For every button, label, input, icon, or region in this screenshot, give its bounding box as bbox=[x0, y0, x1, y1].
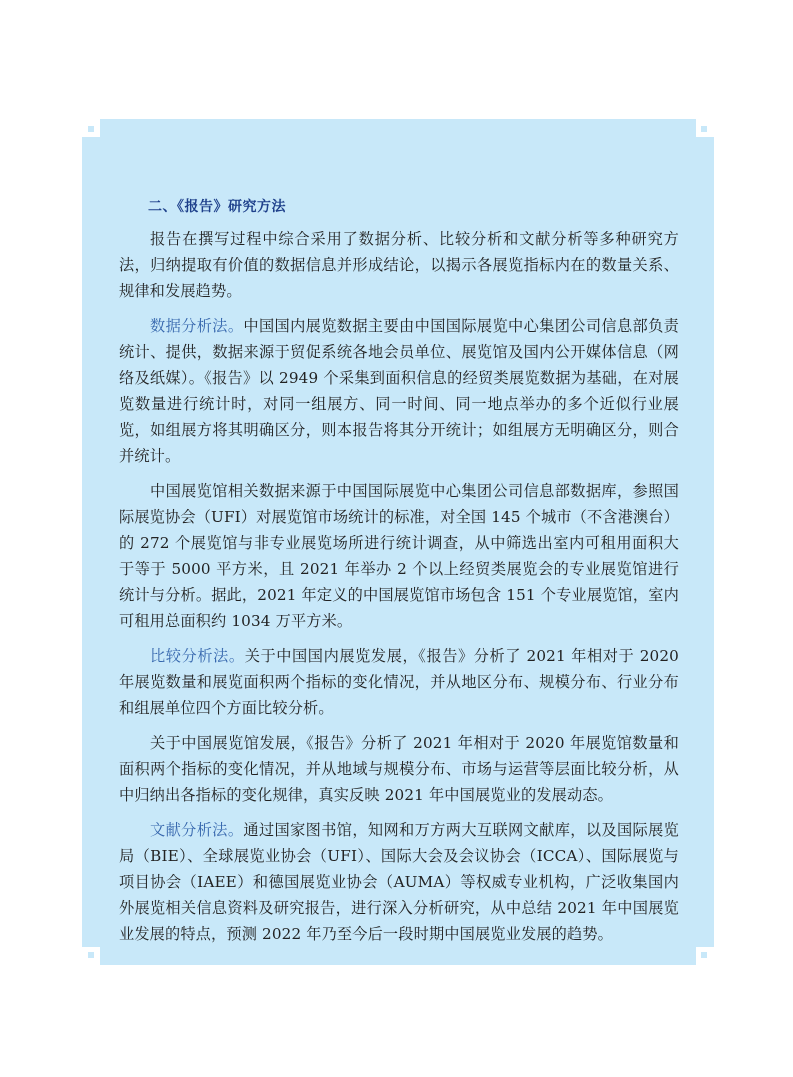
paragraph-text: 通过国家图书馆，知网和万方两大互联网文献库，以及国际展览局（BIE）、全球展览业… bbox=[119, 821, 679, 943]
paragraph-text: 中国展览馆相关数据来源于中国国际展览中心集团公司信息部数据库，参照国际展览协会（… bbox=[119, 482, 679, 630]
paragraph-text: 中国国内展览数据主要由中国国际展览中心集团公司信息部负责统计、提供，数据来源于贸… bbox=[119, 317, 679, 465]
method-term: 比较分析法。 bbox=[150, 647, 245, 665]
corner-square-bottom-left bbox=[88, 952, 94, 958]
paragraph-text: 报告在撰写过程中综合采用了数据分析、比较分析和文献分析等多种研究方法，归纳提取有… bbox=[119, 230, 679, 300]
paragraph-data-analysis: 数据分析法。中国国内展览数据主要由中国国际展览中心集团公司信息部负责统计、提供，… bbox=[119, 313, 679, 469]
section-heading: 二、《报告》研究方法 bbox=[148, 196, 679, 216]
box-top-band bbox=[100, 119, 696, 139]
section-content: 二、《报告》研究方法 报告在撰写过程中综合采用了数据分析、比较分析和文献分析等多… bbox=[119, 196, 679, 956]
paragraph-venue-data: 中国展览馆相关数据来源于中国国际展览中心集团公司信息部数据库，参照国际展览协会（… bbox=[119, 478, 679, 634]
corner-square-bottom-right bbox=[701, 952, 707, 958]
paragraph-comparative-analysis: 比较分析法。关于中国国内展览发展，《报告》分析了 2021 年相对于 2020 … bbox=[119, 643, 679, 721]
paragraph-intro: 报告在撰写过程中综合采用了数据分析、比较分析和文献分析等多种研究方法，归纳提取有… bbox=[119, 226, 679, 304]
paragraph-literature-analysis: 文献分析法。通过国家图书馆，知网和万方两大互联网文献库，以及国际展览局（BIE）… bbox=[119, 817, 679, 947]
paragraph-venue-development: 关于中国展览馆发展，《报告》分析了 2021 年相对于 2020 年展览馆数量和… bbox=[119, 730, 679, 808]
corner-square-top-left bbox=[88, 126, 94, 132]
paragraph-text: 关于中国展览馆发展，《报告》分析了 2021 年相对于 2020 年展览馆数量和… bbox=[119, 734, 679, 804]
method-term: 文献分析法。 bbox=[150, 821, 243, 839]
method-term: 数据分析法。 bbox=[150, 317, 243, 335]
corner-square-top-right bbox=[701, 126, 707, 132]
